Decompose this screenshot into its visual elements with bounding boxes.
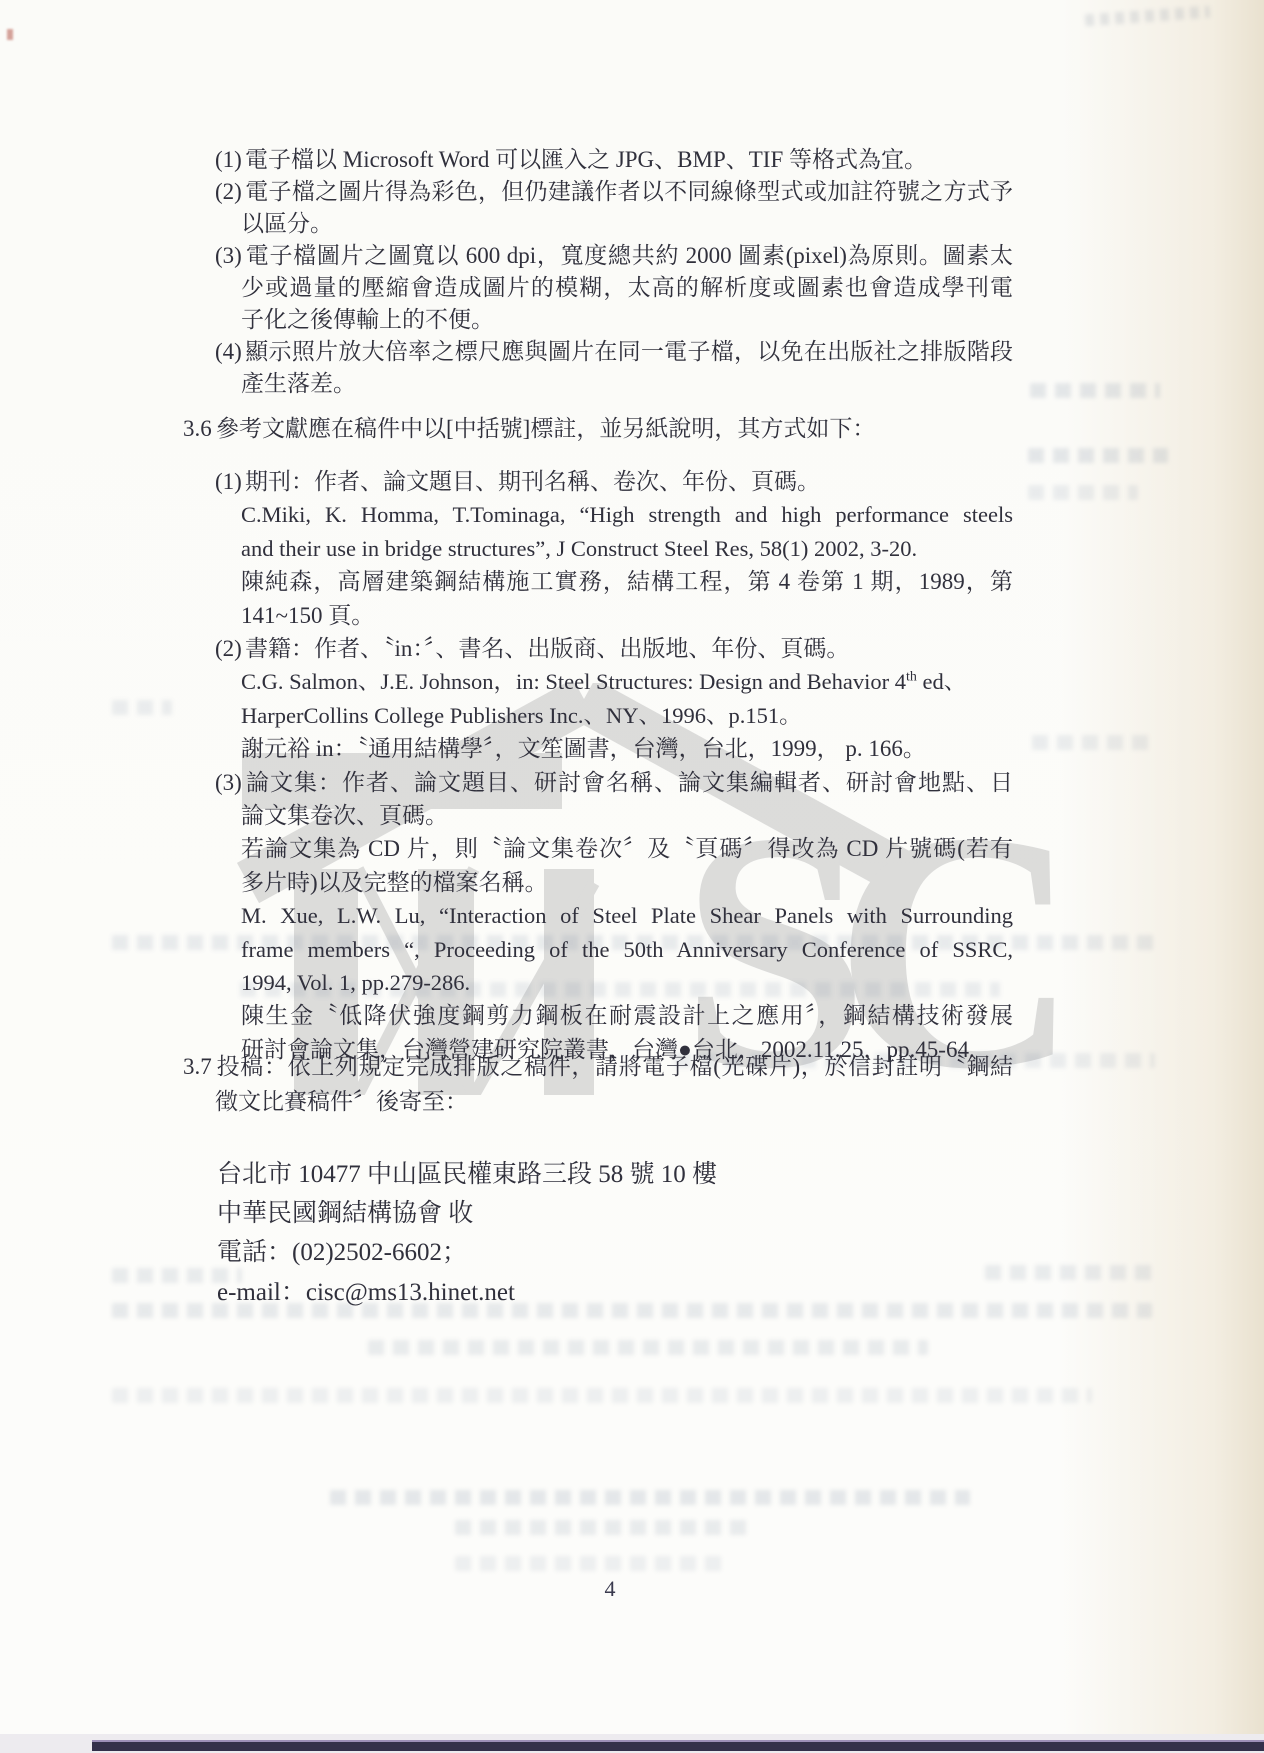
- address-text: 中華民國鋼結構協會 收: [217, 1200, 473, 1227]
- reference-line: 141~150 頁。: [241, 599, 1013, 633]
- figure-rule-item: (2)電子檔之圖片得為彩色，但仍建議作者以不同線條型式或加註符號之方式予: [215, 175, 1013, 209]
- item-text: 電子檔以 Microsoft Word 可以匯入之 JPG、BMP、TIF 等格…: [245, 147, 927, 172]
- reference-line: 1994, Vol. 1, pp.279-286.: [241, 966, 1013, 1000]
- item-number: (3): [215, 239, 245, 272]
- item-text: 顯示照片放大倍率之標尺應與圖片在同一電子檔，以免在出版社之排版階段: [245, 339, 1013, 364]
- address-line: 中華民國鋼結構協會 收: [217, 1197, 1037, 1231]
- reference-line: (1)期刊：作者、論文題目、期刊名稱、卷次、年份、頁碼。: [215, 465, 1013, 499]
- section-text: 參考文獻應在稿件中以[中括號]標註，並另紙說明，其方式如下：: [216, 416, 875, 441]
- item-number: (3): [215, 766, 245, 799]
- reference-text: frame members “, Proceeding of the 50th …: [241, 937, 1013, 962]
- figure-rule-continuation: 少或過量的壓縮會造成圖片的模糊，太高的解析度或圖素也會造成學刊電: [241, 271, 1013, 305]
- address-text: 台北市 10477 中山區民權東路三段 58 號 10 樓: [217, 1161, 717, 1188]
- figure-rule-item: (1)電子檔以 Microsoft Word 可以匯入之 JPG、BMP、TIF…: [215, 143, 1013, 177]
- reference-line: frame members “, Proceeding of the 50th …: [241, 933, 1013, 967]
- reference-text: C.G. Salmon、J.E. Johnson，in: Steel Struc…: [241, 669, 906, 694]
- item-number: (2): [215, 632, 245, 665]
- item-number: (1): [215, 143, 245, 176]
- reference-line: (3)論文集：作者、論文題目、研討會名稱、論文集編輯者、研討會地點、日期、: [215, 766, 1013, 800]
- reference-line: 論文集卷次、頁碼。: [241, 799, 1013, 833]
- item-text: 電子檔之圖片得為彩色，但仍建議作者以不同線條型式或加註符號之方式予: [245, 179, 1013, 204]
- email-text: e-mail：cisc@ms13.hinet.net: [217, 1279, 515, 1306]
- item-text: 產生落差。: [241, 371, 356, 396]
- reference-text: 陳純森，高層建築鋼結構施工實務，結構工程，第 4 卷第 1 期，1989，第: [241, 569, 1013, 594]
- figure-rule-continuation: 子化之後傳輸上的不便。: [241, 303, 1013, 337]
- reference-line: 謝元裕 in：〝通用結構學〞，文笙圖書，台灣，台北，1999， p. 166。: [241, 732, 1013, 766]
- reference-text: 謝元裕 in：〝通用結構學〞，文笙圖書，台灣，台北，1999， p. 166。: [241, 736, 926, 761]
- reference-line: and their use in bridge structures”, J C…: [241, 532, 1013, 566]
- item-number: (4): [215, 335, 245, 368]
- phone-line: 電話：(02)2502-6602；: [217, 1236, 1037, 1270]
- reference-text: HarperCollins College Publishers Inc.、NY…: [241, 703, 802, 728]
- reference-text: ed、: [917, 669, 966, 694]
- section-3-7-heading: 3.7投稿：依上列規定完成排版之稿件，請將電子檔(光碟片)，於信封註明〝鋼結構: [183, 1050, 1013, 1084]
- section-number: 3.7: [183, 1050, 216, 1083]
- reference-text: and their use in bridge structures”, J C…: [241, 536, 917, 561]
- reference-text: 多片時)以及完整的檔案名稱。: [241, 870, 548, 895]
- reference-text: M. Xue, L.W. Lu, “Interaction of Steel P…: [241, 903, 1013, 928]
- reference-line: 陳純森，高層建築鋼結構施工實務，結構工程，第 4 卷第 1 期，1989，第: [241, 565, 1013, 599]
- reference-line: 陳生金〝低降伏強度鋼剪力鋼板在耐震設計上之應用〞，鋼結構技術發展: [241, 999, 1013, 1033]
- reference-text: 論文集：作者、論文題目、研討會名稱、論文集編輯者、研討會地點、日期、: [215, 770, 1013, 800]
- section-3-7-continuation: 徵文比賽稿件〞後寄至：: [215, 1085, 987, 1119]
- reference-line: C.Miki, K. Homma, T.Tominaga, “High stre…: [241, 498, 1013, 532]
- reference-line: 多片時)以及完整的檔案名稱。: [241, 866, 1013, 900]
- reference-text: 論文集卷次、頁碼。: [241, 803, 448, 828]
- reference-line: 若論文集為 CD 片，則〝論文集卷次〞及〝頁碼〞得改為 CD 片號碼(若有: [241, 832, 1013, 866]
- section-text: 投稿：依上列規定完成排版之稿件，請將電子檔(光碟片)，於信封註明〝鋼結構: [183, 1054, 1013, 1084]
- section-text: 徵文比賽稿件〞後寄至：: [215, 1089, 468, 1114]
- figure-rule-continuation: 以區分。: [241, 207, 1013, 241]
- item-number: (1): [215, 465, 245, 498]
- section-3-6-heading: 3.6參考文獻應在稿件中以[中括號]標註，並另紙說明，其方式如下：: [183, 412, 1013, 446]
- address-line: 台北市 10477 中山區民權東路三段 58 號 10 樓: [217, 1158, 1037, 1192]
- item-number: (2): [215, 175, 245, 208]
- document-text: (1)電子檔以 Microsoft Word 可以匯入之 JPG、BMP、TIF…: [0, 0, 1264, 1753]
- scanner-edge-shadow: [92, 1742, 1264, 1751]
- item-text: 子化之後傳輸上的不便。: [241, 307, 494, 332]
- figure-rule-item: (4)顯示照片放大倍率之標尺應與圖片在同一電子檔，以免在出版社之排版階段: [215, 335, 1013, 369]
- reference-line: C.G. Salmon、J.E. Johnson，in: Steel Struc…: [241, 665, 1013, 699]
- section-number: 3.6: [183, 412, 216, 445]
- reference-text: 期刊：作者、論文題目、期刊名稱、卷次、年份、頁碼。: [245, 469, 820, 494]
- reference-line: M. Xue, L.W. Lu, “Interaction of Steel P…: [241, 899, 1013, 933]
- item-text: 電子檔圖片之圖寬以 600 dpi，寬度總共約 2000 圖素(pixel)為原…: [245, 243, 1013, 268]
- figure-rule-item: (3)電子檔圖片之圖寬以 600 dpi，寬度總共約 2000 圖素(pixel…: [215, 239, 1013, 273]
- item-text: 少或過量的壓縮會造成圖片的模糊，太高的解析度或圖素也會造成學刊電: [241, 275, 1013, 300]
- reference-line: HarperCollins College Publishers Inc.、NY…: [241, 699, 1013, 733]
- figure-rule-continuation: 產生落差。: [241, 367, 1013, 401]
- reference-text: 1994, Vol. 1, pp.279-286.: [241, 970, 470, 995]
- phone-text: 電話：(02)2502-6602；: [217, 1239, 467, 1266]
- superscript: th: [906, 670, 917, 685]
- reference-text: 141~150 頁。: [241, 603, 374, 628]
- reference-line: (2)書籍：作者、〝in：〞、書名、出版商、出版地、年份、頁碼。: [215, 632, 1013, 666]
- scanner-edge: [0, 1734, 1264, 1753]
- reference-text: 陳生金〝低降伏強度鋼剪力鋼板在耐震設計上之應用〞，鋼結構技術發展: [241, 1003, 1013, 1028]
- scanned-document-page: S C (1)電子檔以 Microsoft Word 可以匯入之 JPG、BMP…: [0, 0, 1264, 1753]
- page-number: 4: [560, 1576, 660, 1602]
- reference-text: 書籍：作者、〝in：〞、書名、出版商、出版地、年份、頁碼。: [245, 636, 849, 661]
- item-text: 以區分。: [241, 211, 333, 236]
- reference-text: 若論文集為 CD 片，則〝論文集卷次〞及〝頁碼〞得改為 CD 片號碼(若有: [241, 836, 1013, 861]
- email-line: e-mail：cisc@ms13.hinet.net: [217, 1276, 1037, 1310]
- reference-text: C.Miki, K. Homma, T.Tominaga, “High stre…: [241, 502, 1013, 527]
